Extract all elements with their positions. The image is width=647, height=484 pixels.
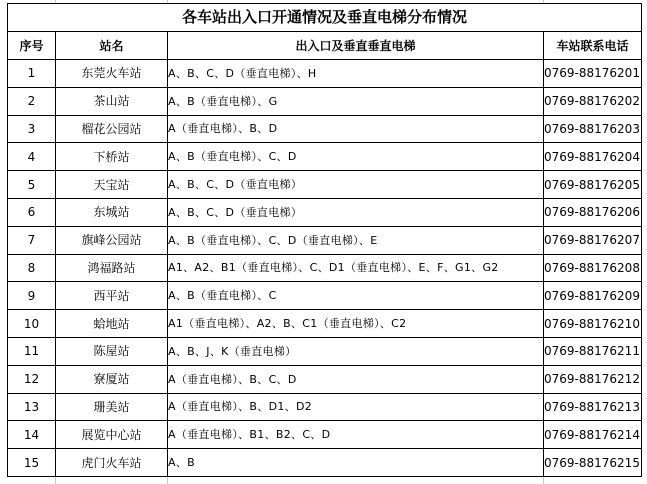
- row-number-cell: 9: [8, 282, 56, 310]
- station-phone-cell: 0769-88176211: [544, 337, 642, 365]
- station-phone-cell: 0769-88176212: [544, 365, 642, 393]
- station-name-cell: 旗峰公园站: [56, 226, 168, 254]
- exits-elevators-cell: A、B、C、D（垂直电梯）: [168, 171, 544, 199]
- row-number-cell: 4: [8, 143, 56, 171]
- station-phone-cell: 0769-88176210: [544, 310, 642, 338]
- station-phone-cell: 0769-88176203: [544, 115, 642, 143]
- exits-elevators-cell: A、B: [168, 449, 544, 477]
- table-row: 5天宝站A、B、C、D（垂直电梯）0769-88176205: [8, 171, 642, 199]
- table-title: 各车站出入口开通情况及垂直电梯分布情况: [8, 4, 642, 32]
- row-number-cell: 15: [8, 449, 56, 477]
- exits-elevators-cell: A（垂直电梯）、B1、B2、C、D: [168, 421, 544, 449]
- row-number-cell: 1: [8, 60, 56, 88]
- row-number-cell: 14: [8, 421, 56, 449]
- gridline-stub: [55, 477, 56, 484]
- station-phone-cell: 0769-88176204: [544, 143, 642, 171]
- station-phone-cell: 0769-88176214: [544, 421, 642, 449]
- exits-elevators-cell: A、B、J、K（垂直电梯）: [168, 337, 544, 365]
- station-name-cell: 天宝站: [56, 171, 168, 199]
- row-number-cell: 13: [8, 393, 56, 421]
- spreadsheet-area: 各车站出入口开通情况及垂直电梯分布情况 序号 站名 出入口及垂直垂直电梯 车站联…: [0, 0, 647, 484]
- station-phone-cell: 0769-88176209: [544, 282, 642, 310]
- row-number-cell: 7: [8, 226, 56, 254]
- row-number-cell: 12: [8, 365, 56, 393]
- table-row: 2茶山站A、B（垂直电梯）、G0769-88176202: [8, 87, 642, 115]
- station-name-cell: 鸿福路站: [56, 254, 168, 282]
- exits-elevators-cell: A（垂直电梯）、B、D: [168, 115, 544, 143]
- exits-elevators-cell: A、B、C、D（垂直电梯）、H: [168, 60, 544, 88]
- table-row: 12寮厦站A（垂直电梯）、B、C、D0769-88176212: [8, 365, 642, 393]
- station-phone-cell: 0769-88176207: [544, 226, 642, 254]
- col-header-station: 站名: [56, 32, 168, 60]
- table-row: 15虎门火车站A、B0769-88176215: [8, 449, 642, 477]
- station-phone-cell: 0769-88176213: [544, 393, 642, 421]
- exits-elevators-cell: A1（垂直电梯）、A2、B、C1（垂直电梯）、C2: [168, 310, 544, 338]
- station-name-cell: 下桥站: [56, 143, 168, 171]
- col-header-phone: 车站联系电话: [544, 32, 642, 60]
- table-row: 10蛤地站A1（垂直电梯）、A2、B、C1（垂直电梯）、C20769-88176…: [8, 310, 642, 338]
- station-phone-cell: 0769-88176201: [544, 60, 642, 88]
- table-header-row: 序号 站名 出入口及垂直垂直电梯 车站联系电话: [8, 32, 642, 60]
- gridline-stub: [543, 477, 544, 484]
- exits-elevators-cell: A、B（垂直电梯）、G: [168, 87, 544, 115]
- exits-elevators-cell: A（垂直电梯）、B、D1、D2: [168, 393, 544, 421]
- table-row: 11陈屋站A、B、J、K（垂直电梯）0769-88176211: [8, 337, 642, 365]
- station-phone-cell: 0769-88176202: [544, 87, 642, 115]
- station-elevator-table: 各车站出入口开通情况及垂直电梯分布情况 序号 站名 出入口及垂直垂直电梯 车站联…: [7, 3, 642, 477]
- station-name-cell: 展览中心站: [56, 421, 168, 449]
- row-number-cell: 11: [8, 337, 56, 365]
- table-row: 14展览中心站A（垂直电梯）、B1、B2、C、D0769-88176214: [8, 421, 642, 449]
- row-number-cell: 6: [8, 198, 56, 226]
- station-phone-cell: 0769-88176206: [544, 198, 642, 226]
- table-row: 6东城站A、B、C、D（垂直电梯）0769-88176206: [8, 198, 642, 226]
- exits-elevators-cell: A、B（垂直电梯）、C: [168, 282, 544, 310]
- row-number-cell: 8: [8, 254, 56, 282]
- exits-elevators-cell: A、B、C、D（垂直电梯）: [168, 198, 544, 226]
- table-row: 3榴花公园站A（垂直电梯）、B、D0769-88176203: [8, 115, 642, 143]
- station-name-cell: 东莞火车站: [56, 60, 168, 88]
- row-number-cell: 2: [8, 87, 56, 115]
- col-header-exits: 出入口及垂直垂直电梯: [168, 32, 544, 60]
- station-name-cell: 西平站: [56, 282, 168, 310]
- table-row: 9西平站A、B（垂直电梯）、C0769-88176209: [8, 282, 642, 310]
- gridline-stub: [167, 477, 168, 484]
- station-name-cell: 寮厦站: [56, 365, 168, 393]
- table-row: 7旗峰公园站A、B（垂直电梯）、C、D（垂直电梯）、E0769-88176207: [8, 226, 642, 254]
- exits-elevators-cell: A、B（垂直电梯）、C、D（垂直电梯）、E: [168, 226, 544, 254]
- station-phone-cell: 0769-88176205: [544, 171, 642, 199]
- row-number-cell: 10: [8, 310, 56, 338]
- table-body: 1东莞火车站A、B、C、D（垂直电梯）、H0769-881762012茶山站A、…: [8, 60, 642, 477]
- station-name-cell: 东城站: [56, 198, 168, 226]
- row-number-cell: 3: [8, 115, 56, 143]
- table-row: 4下桥站A、B（垂直电梯）、C、D0769-88176204: [8, 143, 642, 171]
- station-name-cell: 蛤地站: [56, 310, 168, 338]
- row-number-cell: 5: [8, 171, 56, 199]
- exits-elevators-cell: A1、A2、B1（垂直电梯）、C、D1（垂直电梯）、E、F、G1、G2: [168, 254, 544, 282]
- table-title-row: 各车站出入口开通情况及垂直电梯分布情况: [8, 4, 642, 32]
- exits-elevators-cell: A、B（垂直电梯）、C、D: [168, 143, 544, 171]
- station-name-cell: 珊美站: [56, 393, 168, 421]
- col-header-no: 序号: [8, 32, 56, 60]
- exits-elevators-cell: A（垂直电梯）、B、C、D: [168, 365, 544, 393]
- station-name-cell: 榴花公园站: [56, 115, 168, 143]
- station-phone-cell: 0769-88176215: [544, 449, 642, 477]
- station-phone-cell: 0769-88176208: [544, 254, 642, 282]
- station-name-cell: 虎门火车站: [56, 449, 168, 477]
- table-row: 1东莞火车站A、B、C、D（垂直电梯）、H0769-88176201: [8, 60, 642, 88]
- station-name-cell: 陈屋站: [56, 337, 168, 365]
- table-row: 13珊美站A（垂直电梯）、B、D1、D20769-88176213: [8, 393, 642, 421]
- table-row: 8鸿福路站A1、A2、B1（垂直电梯）、C、D1（垂直电梯）、E、F、G1、G2…: [8, 254, 642, 282]
- station-name-cell: 茶山站: [56, 87, 168, 115]
